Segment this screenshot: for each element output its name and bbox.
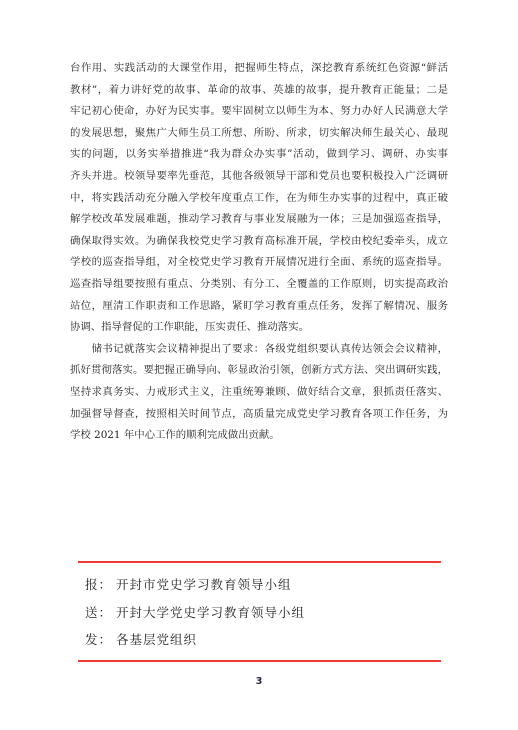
body-line: 中，将实践活动充分融入学校年度重点工作，在为师生办实事的过程中，真正破	[70, 188, 448, 210]
body-line: 牢记初心使命，办好为民实事。要牢固树立以师生为本、努力办好人民满意大学	[70, 101, 448, 123]
footer-line: 报：开封市党史学习教育领导小组	[85, 571, 445, 599]
document-page: 台作用、实践活动的大课堂作用，把握师生特点，深挖教育系统红色资源“鲜活教材”，着…	[0, 0, 518, 730]
footer-bottom-rule	[78, 660, 441, 662]
footer-value: 各基层党组织	[116, 632, 197, 647]
body-line: 加强督导督查，按照相关时间节点，高质量完成党史学习教育各项工作任务，为	[70, 404, 448, 426]
page-number: 3	[0, 676, 518, 687]
body-text: 台作用、实践活动的大课堂作用，把握师生特点，深挖教育系统红色资源“鲜活教材”，着…	[70, 58, 448, 447]
footer-line: 送：开封大学党史学习教育领导小组	[85, 599, 445, 627]
footer-label: 送：	[85, 605, 112, 620]
body-line: 教材”，着力讲好党的故事、革命的故事、英雄的故事，提升教育正能量；二是	[70, 80, 448, 102]
footer-value: 开封大学党史学习教育领导小组	[116, 605, 305, 620]
body-line: 实的问题，以务实举措推进“我为群众办实事”活动，做到学习、调研、办实事	[70, 144, 448, 166]
body-line: 齐头并进。校领导要率先垂范，其他各级领导干部和党员也要积极投入广泛调研	[70, 166, 448, 188]
body-line: 坚持求真务实、力戒形式主义，注重统筹兼顾、做好结合文章，狠抓责任落实、	[70, 382, 448, 404]
footer-value: 开封市党史学习教育领导小组	[116, 577, 292, 592]
body-line: 协调、指导督促的工作职能，压实责任、推动落实。	[70, 317, 448, 339]
body-line: 确保取得实效。为确保我校党史学习教育高标准开展，学校由校纪委牵头，成立	[70, 231, 448, 253]
body-line: 学校的巡查指导组，对全校党史学习教育开展情况进行全面、系统的巡查指导。	[70, 252, 448, 274]
body-line: 学校 2021 年中心工作的顺利完成做出贡献。	[70, 425, 448, 447]
body-line: 台作用、实践活动的大课堂作用，把握师生特点，深挖教育系统红色资源“鲜活	[70, 58, 448, 80]
body-line: 的发展思想，聚焦广大师生员工所想、所盼、所求，切实解决师生最关心、最现	[70, 123, 448, 145]
body-line: 巡查指导组要按照有重点、分类别、有分工、全覆盖的工作原则，切实提高政治	[70, 274, 448, 296]
footer-line: 发：各基层党组织	[85, 626, 445, 654]
body-line: 抓好贯彻落实。要把握正确导向、彰显政治引领，创新方式方法、突出调研实践，	[70, 360, 448, 382]
footer-label: 发：	[85, 632, 112, 647]
body-line: 储书记就落实会议精神提出了要求：各级党组织要认真传达领会会议精神，	[70, 339, 448, 361]
footer-distribution: 报：开封市党史学习教育领导小组送：开封大学党史学习教育领导小组发：各基层党组织	[85, 571, 445, 654]
footer-top-rule	[78, 561, 441, 563]
footer-label: 报：	[85, 577, 112, 592]
body-line: 解学校改革发展难题，推动学习教育与事业发展融为一体；三是加强巡查指导，	[70, 209, 448, 231]
body-line: 站位，厘清工作职责和工作思路，紧盯学习教育重点任务，发挥了解情况、服务	[70, 296, 448, 318]
